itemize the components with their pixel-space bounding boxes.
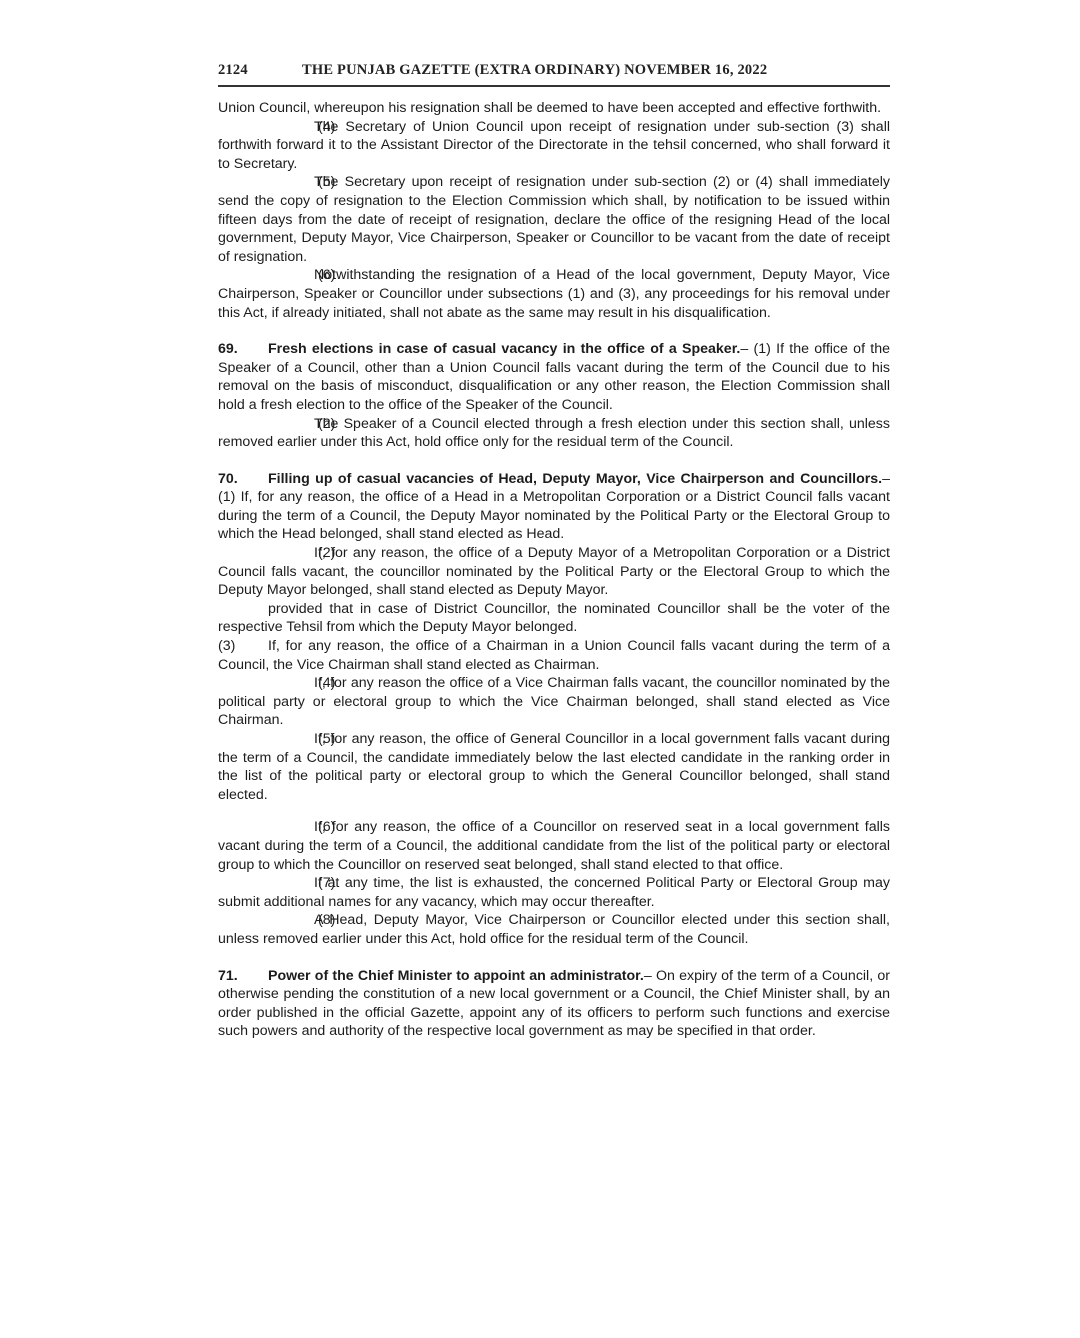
page-header: 2124 THE PUNJAB GAZETTE (EXTRA ORDINARY)… (218, 62, 890, 79)
section-number: 71. (218, 967, 268, 986)
subsection: (3)If, for any reason, the office of a C… (218, 637, 890, 674)
section-number: 70. (218, 470, 268, 489)
subsection-text: The Secretary upon receipt of resignatio… (218, 174, 890, 264)
gazette-page: 2124 THE PUNJAB GAZETTE (EXTRA ORDINARY)… (218, 62, 890, 1041)
subsection: (2)The Speaker of a Council elected thro… (218, 415, 890, 452)
subsection-number: (7) (268, 874, 314, 893)
section-lead: 71.Power of the Chief Minister to appoin… (218, 967, 890, 1041)
subsection-number: (5) (268, 173, 314, 192)
subsection: (5)If, for any reason, the office of Gen… (218, 730, 890, 804)
subsection: (8)A Head, Deputy Mayor, Vice Chairperso… (218, 911, 890, 948)
subsection: (2)If, for any reason, the office of a D… (218, 544, 890, 600)
subsection-number: (5) (268, 730, 314, 749)
subsection-number: (2) (268, 544, 314, 563)
subsection-text: If at any time, the list is exhausted, t… (218, 875, 890, 910)
subsection-number: (6) (268, 266, 314, 285)
section-title: Power of the Chief Minister to appoint a… (268, 968, 644, 984)
subsection: provided that in case of District Counci… (218, 600, 890, 637)
subsection: (7)If at any time, the list is exhausted… (218, 874, 890, 911)
continuation-text: Union Council, whereupon his resignation… (218, 99, 890, 118)
section-title: Fresh elections in case of casual vacanc… (268, 341, 740, 357)
subsection-text: If, for any reason, the office of a Coun… (218, 819, 890, 872)
subsection-number: (2) (268, 415, 314, 434)
subsection-number: (6) (268, 818, 314, 837)
subsection-number: (4) (268, 674, 314, 693)
page-number: 2124 (218, 62, 302, 79)
subsection: (5)The Secretary upon receipt of resigna… (218, 173, 890, 266)
subsection: (4)The Secretary of Union Council upon r… (218, 118, 890, 174)
section-lead: 69.Fresh elections in case of casual vac… (218, 340, 890, 414)
subsection-text: If, for any reason, the office of Genera… (218, 731, 890, 803)
document-body: Union Council, whereupon his resignation… (218, 99, 890, 1041)
subsection-text: If, for any reason, the office of a Depu… (218, 545, 890, 598)
section-70: 70.Filling up of casual vacancies of Hea… (218, 470, 890, 949)
subsection-text: The Speaker of a Council elected through… (218, 416, 890, 451)
subsection-text: Notwithstanding the resignation of a Hea… (218, 267, 890, 320)
subsection-text: If, for any reason, the office of a Chai… (218, 638, 890, 673)
subsection-number: (3) (218, 637, 268, 656)
subsection: (6)Notwithstanding the resignation of a … (218, 266, 890, 322)
subsection-number: (4) (268, 118, 314, 137)
section-71: 71.Power of the Chief Minister to appoin… (218, 967, 890, 1041)
section-69: 69.Fresh elections in case of casual vac… (218, 340, 890, 452)
subsection: (6)If, for any reason, the office of a C… (218, 818, 890, 874)
subsection-text: A Head, Deputy Mayor, Vice Chairperson o… (218, 912, 890, 947)
subsection: (4)If, for any reason the office of a Vi… (218, 674, 890, 730)
header-rule (218, 85, 890, 87)
subsection-text: If, for any reason the office of a Vice … (218, 675, 890, 728)
section-title: Filling up of casual vacancies of Head, … (268, 471, 882, 487)
subsection-number: (8) (268, 911, 314, 930)
gazette-title: THE PUNJAB GAZETTE (EXTRA ORDINARY) NOVE… (302, 62, 767, 79)
section-number: 69. (218, 340, 268, 359)
subsection-text: provided that in case of District Counci… (218, 601, 890, 636)
section-lead: 70.Filling up of casual vacancies of Hea… (218, 470, 890, 544)
subsection-text: The Secretary of Union Council upon rece… (218, 119, 890, 172)
